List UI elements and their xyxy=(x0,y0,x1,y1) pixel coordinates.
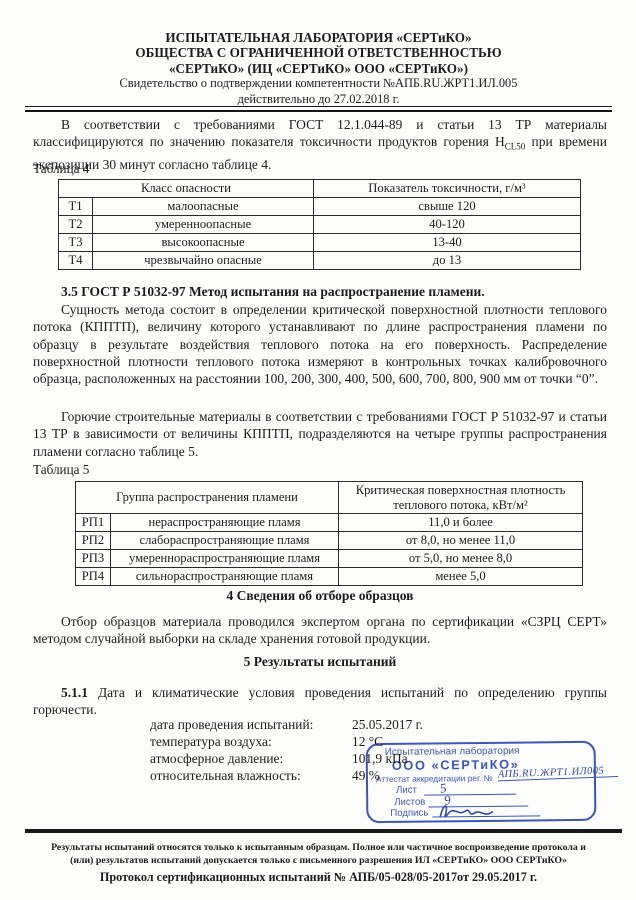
cell-value: 11,0 и более xyxy=(339,514,583,532)
lab-name-line2: ОБЩЕСТВА С ОГРАНИЧЕННОЙ ОТВЕТСТВЕННОСТЬЮ xyxy=(25,45,612,60)
section4-heading: 4 Сведения об отборе образцов xyxy=(33,588,607,604)
table-row: Т2 умеренноопасные 40-120 xyxy=(59,216,581,234)
table5-header-density: Критическая поверхностная плотность тепл… xyxy=(339,482,583,514)
disclaimer-line2: (или) результатов испытаний допускается … xyxy=(25,855,612,868)
table-hazard-classes: Класс опасности Показатель токсичности, … xyxy=(58,179,581,270)
cell-value: до 13 xyxy=(314,252,581,270)
cell-code: РП4 xyxy=(76,568,111,586)
table5-header-group: Группа распространения пламени xyxy=(76,482,339,514)
cell-code: РП3 xyxy=(76,550,111,568)
cell-value: 40-120 xyxy=(314,216,581,234)
protocol-number-line: Протокол сертификационных испытаний № АП… xyxy=(25,870,612,885)
cell-name: нераспространяющие пламя xyxy=(111,514,339,532)
cell-name: сильнораспространяющие пламя xyxy=(111,568,339,586)
section4-paragraph: Отбор образцов материала проводился эксп… xyxy=(33,613,607,648)
table-row: Класс опасности Показатель токсичности, … xyxy=(59,180,581,198)
cell-name: умеренноопасные xyxy=(93,216,314,234)
clause-511-paragraph: 5.1.1 Дата и климатические условия прове… xyxy=(33,684,607,719)
condition-label: относительная влажность: xyxy=(150,767,352,784)
cell-name: чрезвычайно опасные xyxy=(93,252,314,270)
footer-divider xyxy=(25,829,622,833)
cell-name: малоопасные xyxy=(93,198,314,216)
toxicity-subscript: CL50 xyxy=(505,142,526,152)
certificate-number-line: Свидетельство о подтверждении компетентн… xyxy=(25,76,612,91)
cell-code: Т1 xyxy=(59,198,93,216)
letterhead: ИСПЫТАТЕЛЬНАЯ ЛАБОРАТОРИЯ «СЕРТиКО» ОБЩЕ… xyxy=(25,30,612,107)
table-row: Группа распространения пламени Критическ… xyxy=(76,482,583,514)
table5-label: Таблица 5 xyxy=(33,462,89,478)
stamp-attestat-label: Аттестат аккредитации рег. № xyxy=(376,773,493,784)
section35-paragraph1: Сущность метода состоит в определении кр… xyxy=(33,301,607,387)
certificate-validity-line: действительно до 27.02.2018 г. xyxy=(25,92,612,107)
section5-heading: 5 Результаты испытаний xyxy=(33,654,607,670)
lab-name-line3: «СЕРТиКО» (ИЦ «СЕРТиКО» ООО «СЕРТиКО») xyxy=(25,61,612,76)
intro-paragraph: В соответствии с требованиями ГОСТ 12.1.… xyxy=(33,116,607,174)
cell-code: Т3 xyxy=(59,234,93,252)
signature xyxy=(434,800,506,823)
table-row: РП1 нераспространяющие пламя 11,0 и боле… xyxy=(76,514,583,532)
condition-row-date: дата проведения испытаний:25.05.2017 г. xyxy=(150,716,590,733)
table4-header-class: Класс опасности xyxy=(59,180,314,198)
cell-value: свыше 120 xyxy=(314,198,581,216)
laboratory-stamp: Испытательная лаборатория ООО «СЕРТиКО» … xyxy=(366,741,597,823)
section35-heading: 3.5 ГОСТ Р 51032-97 Метод испытания на р… xyxy=(33,283,607,300)
table4-header-indicator: Показатель токсичности, г/м³ xyxy=(314,180,581,198)
table-row: РП4 сильнораспространяющие пламя менее 5… xyxy=(76,568,583,586)
scanned-test-protocol-page: { "colors": { "stamp_blue": "#3a57bd", "… xyxy=(0,0,636,900)
section35-paragraph2: Горючие строительные материалы в соответ… xyxy=(33,408,607,460)
cell-value: менее 5,0 xyxy=(339,568,583,586)
cell-name: умереннораспространяющие пламя xyxy=(111,550,339,568)
header-divider xyxy=(25,106,612,112)
table-row: РП2 слабораспространяющие пламя от 8,0, … xyxy=(76,532,583,550)
cell-name: слабораспространяющие пламя xyxy=(111,532,339,550)
cell-code: РП2 xyxy=(76,532,111,550)
table-flame-spread-groups: Группа распространения пламени Критическ… xyxy=(75,481,583,586)
condition-value: 25.05.2017 г. xyxy=(352,716,423,733)
stamp-sheet-label: Лист xyxy=(396,785,417,796)
stamp-sheet-line xyxy=(424,794,516,796)
cell-code: Т4 xyxy=(59,252,93,270)
table-row: Т1 малоопасные свыше 120 xyxy=(59,198,581,216)
cell-value: 13-40 xyxy=(314,234,581,252)
table-row: Т4 чрезвычайно опасные до 13 xyxy=(59,252,581,270)
condition-label: температура воздуха: xyxy=(150,733,352,750)
table-row: РП3 умереннораспространяющие пламя от 5,… xyxy=(76,550,583,568)
cell-value: от 8,0, но менее 11,0 xyxy=(339,532,583,550)
cell-code: Т2 xyxy=(59,216,93,234)
condition-label: дата проведения испытаний: xyxy=(150,716,352,733)
footer-disclaimer: Результаты испытаний относятся только к … xyxy=(25,842,612,867)
stamp-signature-label: Подпись xyxy=(390,808,428,819)
clause-number: 5.1.1 xyxy=(61,685,88,700)
clause-text: Дата и климатические условия проведения … xyxy=(33,685,607,717)
cell-name: высокоопасные xyxy=(93,234,314,252)
table4-label: Таблица 4 xyxy=(33,161,89,177)
cell-value: от 5,0, но менее 8,0 xyxy=(339,550,583,568)
lab-name-line1: ИСПЫТАТЕЛЬНАЯ ЛАБОРАТОРИЯ «СЕРТиКО» xyxy=(25,30,612,45)
stamp-sheets-label: Листов xyxy=(394,797,425,808)
table-row: Т3 высокоопасные 13-40 xyxy=(59,234,581,252)
condition-label: атмосферное давление: xyxy=(150,750,352,767)
disclaimer-line1: Результаты испытаний относятся только к … xyxy=(25,842,612,855)
cell-code: РП1 xyxy=(76,514,111,532)
